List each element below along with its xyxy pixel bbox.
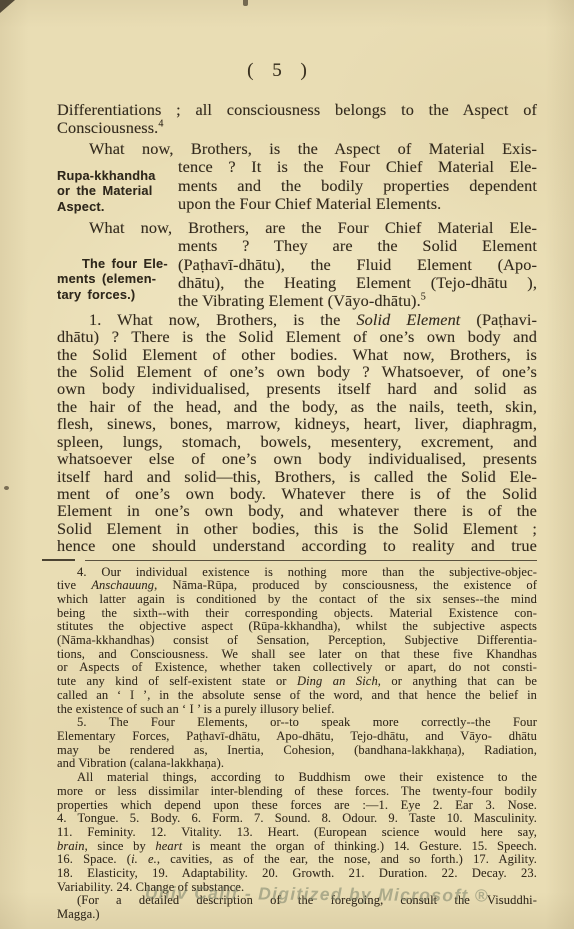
scan-edge-mark [243, 0, 248, 6]
footnote-separator [57, 557, 537, 563]
footnotes-block: 4. Our individual existence is nothing m… [57, 566, 537, 922]
footnote-5: 5. The Four Elements, or--to speak more … [57, 716, 537, 771]
margin-note-rupa-kkhandha: Rupa-kkhandhaor the MaterialAspect. [57, 158, 178, 214]
paragraph-text-column: ments ? They are the Solid Element(Paṭha… [178, 237, 537, 311]
separator-long-rule [85, 560, 537, 561]
footnote-4: 4. Our individual existence is nothing m… [57, 566, 537, 717]
paragraph-four-elements: What now, Brothers, are the Four Chief M… [57, 219, 537, 311]
scan-corner-artifact [0, 0, 15, 13]
separator-short-rule [42, 559, 75, 562]
paragraph-material-aspect: What now, Brothers, is the Aspect of Mat… [57, 140, 537, 214]
footnote-material-things: All material things, according to Buddhi… [57, 771, 537, 894]
paragraph-differentiations: Differentiations ; all consciousness bel… [57, 101, 537, 138]
book-page-scan: ( 5 ) Differentiations ; all consciousne… [0, 0, 574, 929]
page-number: ( 5 ) [0, 60, 554, 82]
paragraph-text-column: tence ? It is the Four Chief Material El… [178, 158, 537, 214]
digitization-watermark: Univ Calif - Digitized by Microsoft ® [145, 882, 489, 906]
paragraph-opening-line: What now, Brothers, are the Four Chief M… [57, 219, 537, 237]
margin-note-four-elements: The four Ele-ments (elemen-tary forces.) [57, 237, 178, 302]
scan-speck [4, 486, 9, 490]
body-text: Differentiations ; all consciousness bel… [57, 101, 537, 922]
paragraph-solid-element: 1. What now, Brothers, is the Solid Elem… [57, 311, 537, 555]
paragraph-opening-line: What now, Brothers, is the Aspect of Mat… [57, 140, 537, 158]
